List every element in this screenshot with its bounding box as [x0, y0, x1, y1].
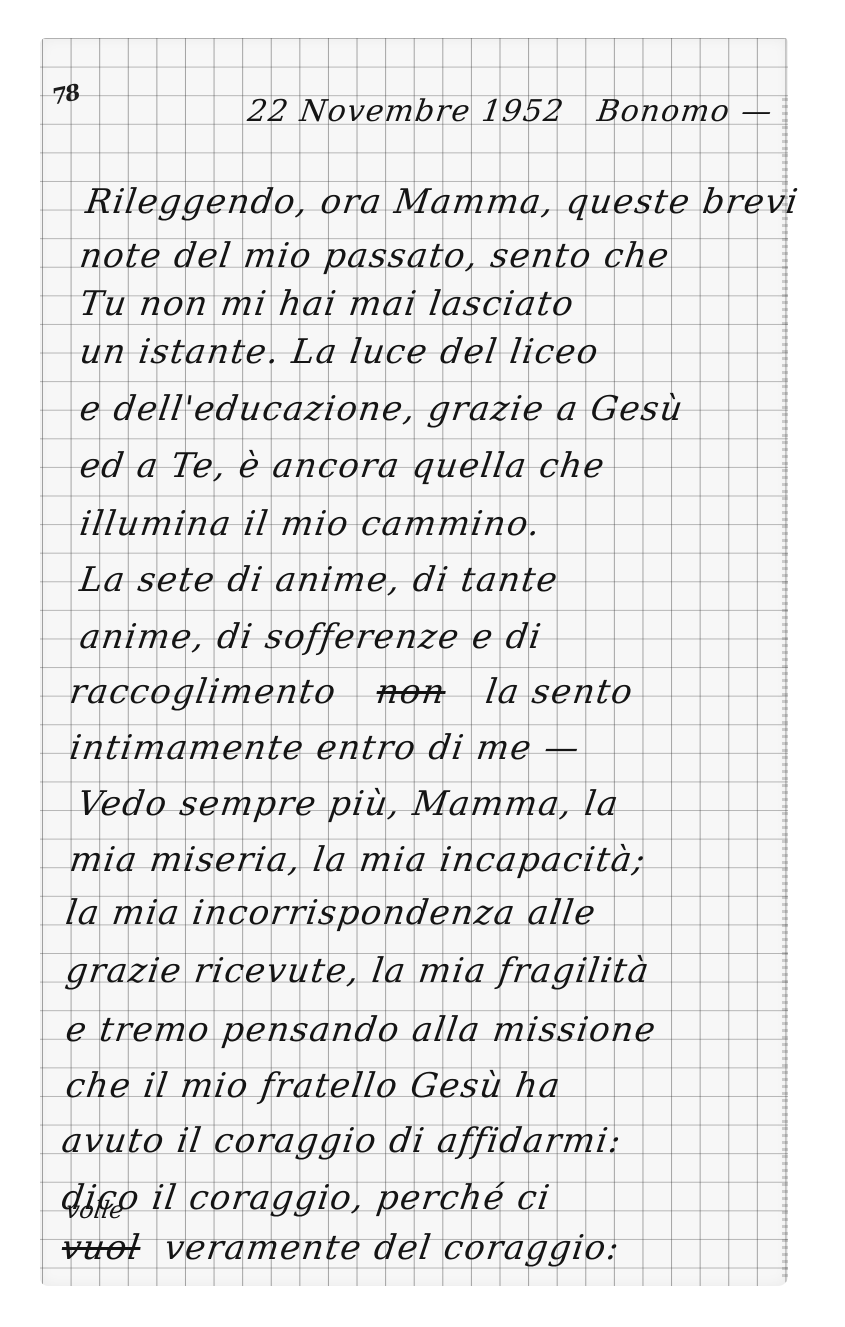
text-line-11: intimamente entro di me —	[67, 728, 583, 768]
text-line-4: un istante. La luce del liceo	[77, 332, 602, 372]
text-line-16: e tremo pensando alla missione	[63, 1010, 659, 1050]
text-line-12: Vedo sempre più, Mamma, la	[75, 784, 622, 824]
text-line-6: ed a Te, è ancora quella che	[77, 446, 608, 486]
header-date: 22 Novembre 1952	[246, 94, 567, 129]
text-line-3: Tu non mi hai mai lasciato	[77, 284, 577, 324]
text-line-13: mia miseria, la mia incapacità;	[67, 840, 649, 880]
header-place: Bonomo —	[595, 94, 775, 129]
text-line-1: Rileggendo, ora Mamma, queste brevi	[83, 182, 801, 222]
struck-word: non	[374, 672, 448, 712]
text-line-5: e dell'educazione, grazie a Gesù	[77, 389, 686, 429]
struck-word-last: vuol	[59, 1228, 143, 1268]
text-line-20: vuol veramente del coraggio:	[59, 1228, 623, 1268]
page-number: 78	[50, 80, 81, 111]
text-line-15: grazie ricevute, la mia fragilità	[63, 951, 652, 991]
line-10-after: la sento	[483, 672, 636, 712]
text-line-17: che il mio fratello Gesù ha	[63, 1066, 563, 1106]
text-line-19: dico il coraggio, perché ci	[59, 1178, 553, 1218]
text-line-7: illumina il mio cammino.	[77, 504, 543, 544]
last-line-after: veramente del coraggio:	[162, 1228, 623, 1268]
text-line-18: avuto il coraggio di affidarmi:	[59, 1121, 624, 1161]
text-line-2: note del mio passato, sento che	[77, 236, 672, 276]
inserted-word: volle	[64, 1196, 125, 1224]
text-line-14: la mia incorrispondenza alle	[63, 893, 599, 933]
text-line-8: La sete di anime, di tante	[77, 560, 561, 600]
line-10-before: raccoglimento	[67, 672, 339, 712]
text-line-10: raccoglimento non la sento	[67, 672, 636, 712]
text-line-9: anime, di sofferenze e di	[77, 617, 544, 657]
date-header: 22 Novembre 1952 Bonomo —	[246, 94, 776, 129]
